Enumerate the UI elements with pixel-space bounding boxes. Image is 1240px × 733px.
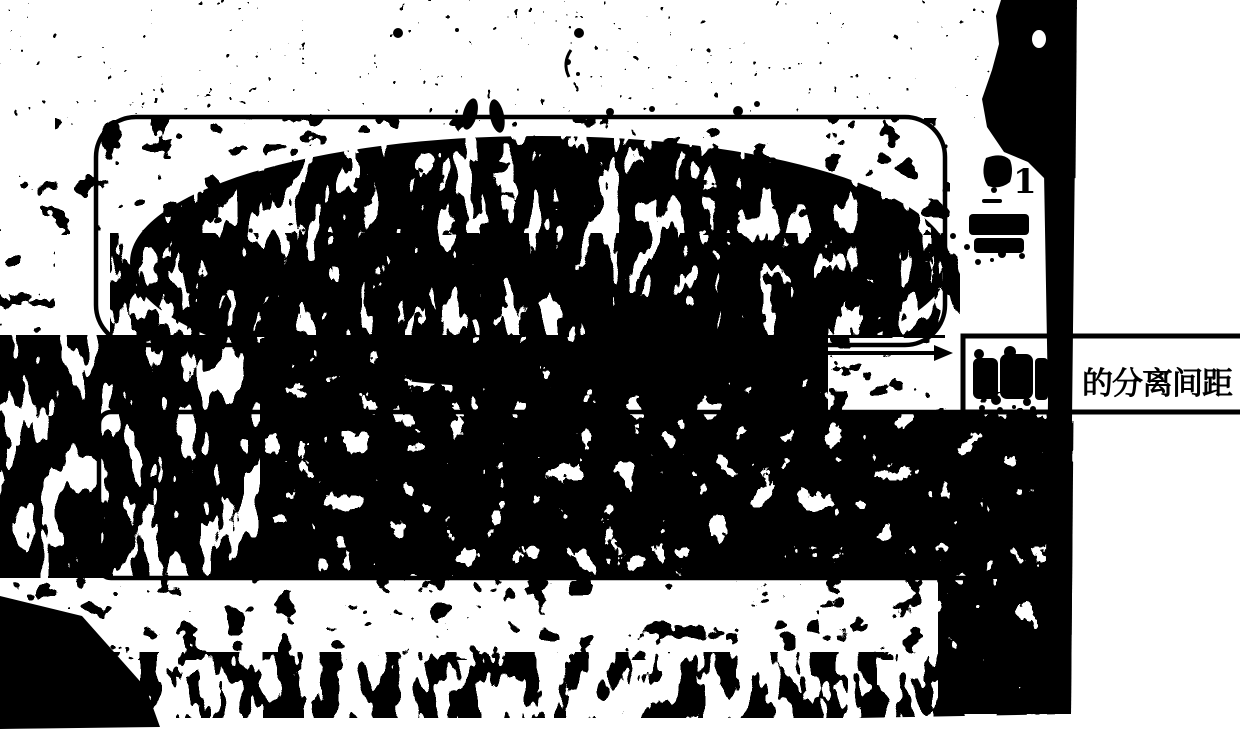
texture-top-band <box>0 0 1077 118</box>
illegible-mark-speck <box>950 233 956 239</box>
edge-blob <box>754 101 760 107</box>
speck <box>574 28 584 38</box>
illegible-mark-speck <box>945 252 949 256</box>
texture-mid-band <box>110 233 960 337</box>
dash-mark <box>982 199 1002 203</box>
obscured-char-speckle <box>964 392 1044 410</box>
illegible-mark-block <box>974 238 1024 253</box>
obscured-char-blob <box>974 349 984 359</box>
illegible-mark-speck <box>975 259 981 265</box>
illegible-mark-block <box>969 214 1029 235</box>
patent-figure: 的分离间距 1 <box>0 0 1240 733</box>
callout-obscured-characters <box>964 346 1048 413</box>
texture-left-margin <box>0 150 55 335</box>
photo-texture <box>0 0 1077 729</box>
illegible-mark-speck <box>1019 253 1025 259</box>
illegible-mark-speck <box>964 244 970 250</box>
illegible-mark-blob <box>991 187 997 193</box>
illegible-mark-speck <box>998 250 1006 258</box>
speck <box>455 28 459 32</box>
margin-numeral-mark: 1 <box>1013 162 1037 202</box>
illegible-mark-blob <box>983 155 1012 187</box>
figure-canvas: 的分离间距 1 <box>0 0 1240 733</box>
texture-lower-light-band <box>0 578 940 660</box>
texture-main-band-left <box>0 335 265 578</box>
texture-bottom-band <box>25 652 1075 718</box>
illegible-mark-speck <box>990 258 994 262</box>
speck <box>393 28 403 38</box>
edge-blob <box>733 106 743 116</box>
texture-arrow-gap-speckle <box>828 338 946 410</box>
callout-label-text: 的分离间距 <box>1082 366 1233 401</box>
edge-blob <box>649 106 655 112</box>
speck <box>576 72 580 76</box>
obscured-char-blob <box>1004 346 1016 358</box>
blob-white-notch <box>1032 30 1046 48</box>
